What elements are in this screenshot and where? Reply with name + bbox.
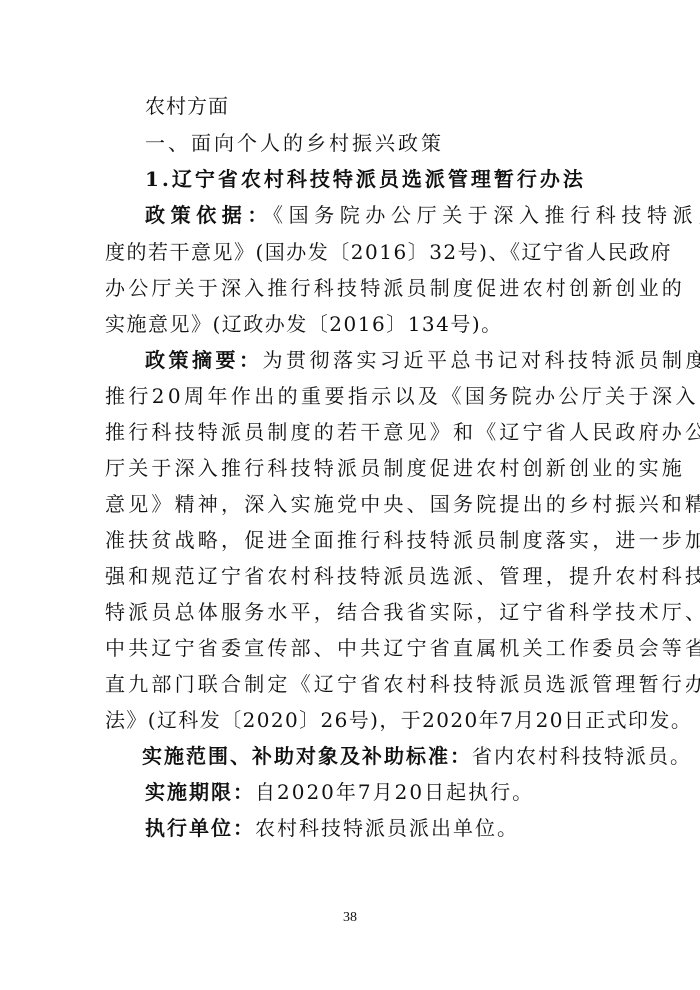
policy-summary-line-10: 直九部门联合制定《辽宁省农村科技特派员选派管理暂行办 [105, 672, 605, 696]
policy-summary-line-5: 意见》精神，深入实施党中央、国务院提出的乡村振兴和精 [105, 492, 605, 516]
period-value: 自2020年7月20日起执行。 [255, 780, 534, 804]
policy-summary-label: 政策摘要： [145, 348, 263, 372]
page-number: 38 [0, 910, 700, 926]
policy-summary-line-9: 中共辽宁省委宣传部、中共辽宁省直属机关工作委员会等省 [105, 636, 605, 660]
document-page: 农村方面 一、面向个人的乡村振兴政策 1.辽宁省农村科技特派员选派管理暂行办法 … [0, 0, 700, 990]
policy-summary-text: 为贯彻落实习近平总书记对科技特派员制度 [263, 348, 700, 372]
scope-line: 实施范围、补助对象及补助标准：省内农村科技特派员。 [142, 744, 642, 768]
policy-basis-line-1: 政策依据：《国务院办公厅关于深入推行科技特派员制 [145, 203, 645, 227]
policy-basis-text: 《国务院办公厅关于深入推行科技特派员制 [273, 203, 700, 227]
executor-label: 执行单位： [145, 816, 255, 840]
scope-value: 省内农村科技特派员。 [472, 744, 692, 768]
policy-summary-line-2: 推行20周年作出的重要指示以及《国务院办公厅关于深入 [105, 384, 605, 408]
policy-summary-line-7: 强和规范辽宁省农村科技特派员选派、管理，提升农村科技 [105, 564, 605, 588]
period-line: 实施期限：自2020年7月20日起执行。 [145, 780, 645, 804]
executor-line: 执行单位：农村科技特派员派出单位。 [145, 816, 645, 840]
policy-summary-line-6: 准扶贫战略，促进全面推行科技特派员制度落实，进一步加 [105, 528, 605, 552]
policy-summary-line-1: 政策摘要：为贯彻落实习近平总书记对科技特派员制度 [145, 348, 645, 372]
policy-basis-label: 政策依据： [145, 203, 273, 227]
section-title: 农村方面 [145, 94, 645, 118]
policy-basis-line-4: 实施意见》(辽政办发〔2016〕134号)。 [105, 312, 605, 336]
policy-summary-line-3: 推行科技特派员制度的若干意见》和《辽宁省人民政府办公 [105, 420, 605, 444]
policy-summary-line-11: 法》(辽科发〔2020〕26号)，于2020年7月20日正式印发。 [105, 708, 605, 732]
policy-basis-line-3: 办公厅关于深入推行科技特派员制度促进农村创新创业的 [105, 276, 605, 300]
executor-value: 农村科技特派员派出单位。 [255, 816, 519, 840]
heading-level-1: 一、面向个人的乡村振兴政策 [145, 131, 645, 155]
policy-summary-line-8: 特派员总体服务水平，结合我省实际，辽宁省科学技术厅、 [105, 600, 605, 624]
period-label: 实施期限： [145, 780, 255, 804]
policy-basis-line-2: 度的若干意见》(国办发〔2016〕32号)、《辽宁省人民政府 [105, 240, 605, 264]
heading-level-2: 1.辽宁省农村科技特派员选派管理暂行办法 [145, 167, 645, 191]
scope-label: 实施范围、补助对象及补助标准： [142, 744, 472, 768]
policy-summary-line-4: 厅关于深入推行科技特派员制度促进农村创新创业的实施 [105, 456, 605, 480]
